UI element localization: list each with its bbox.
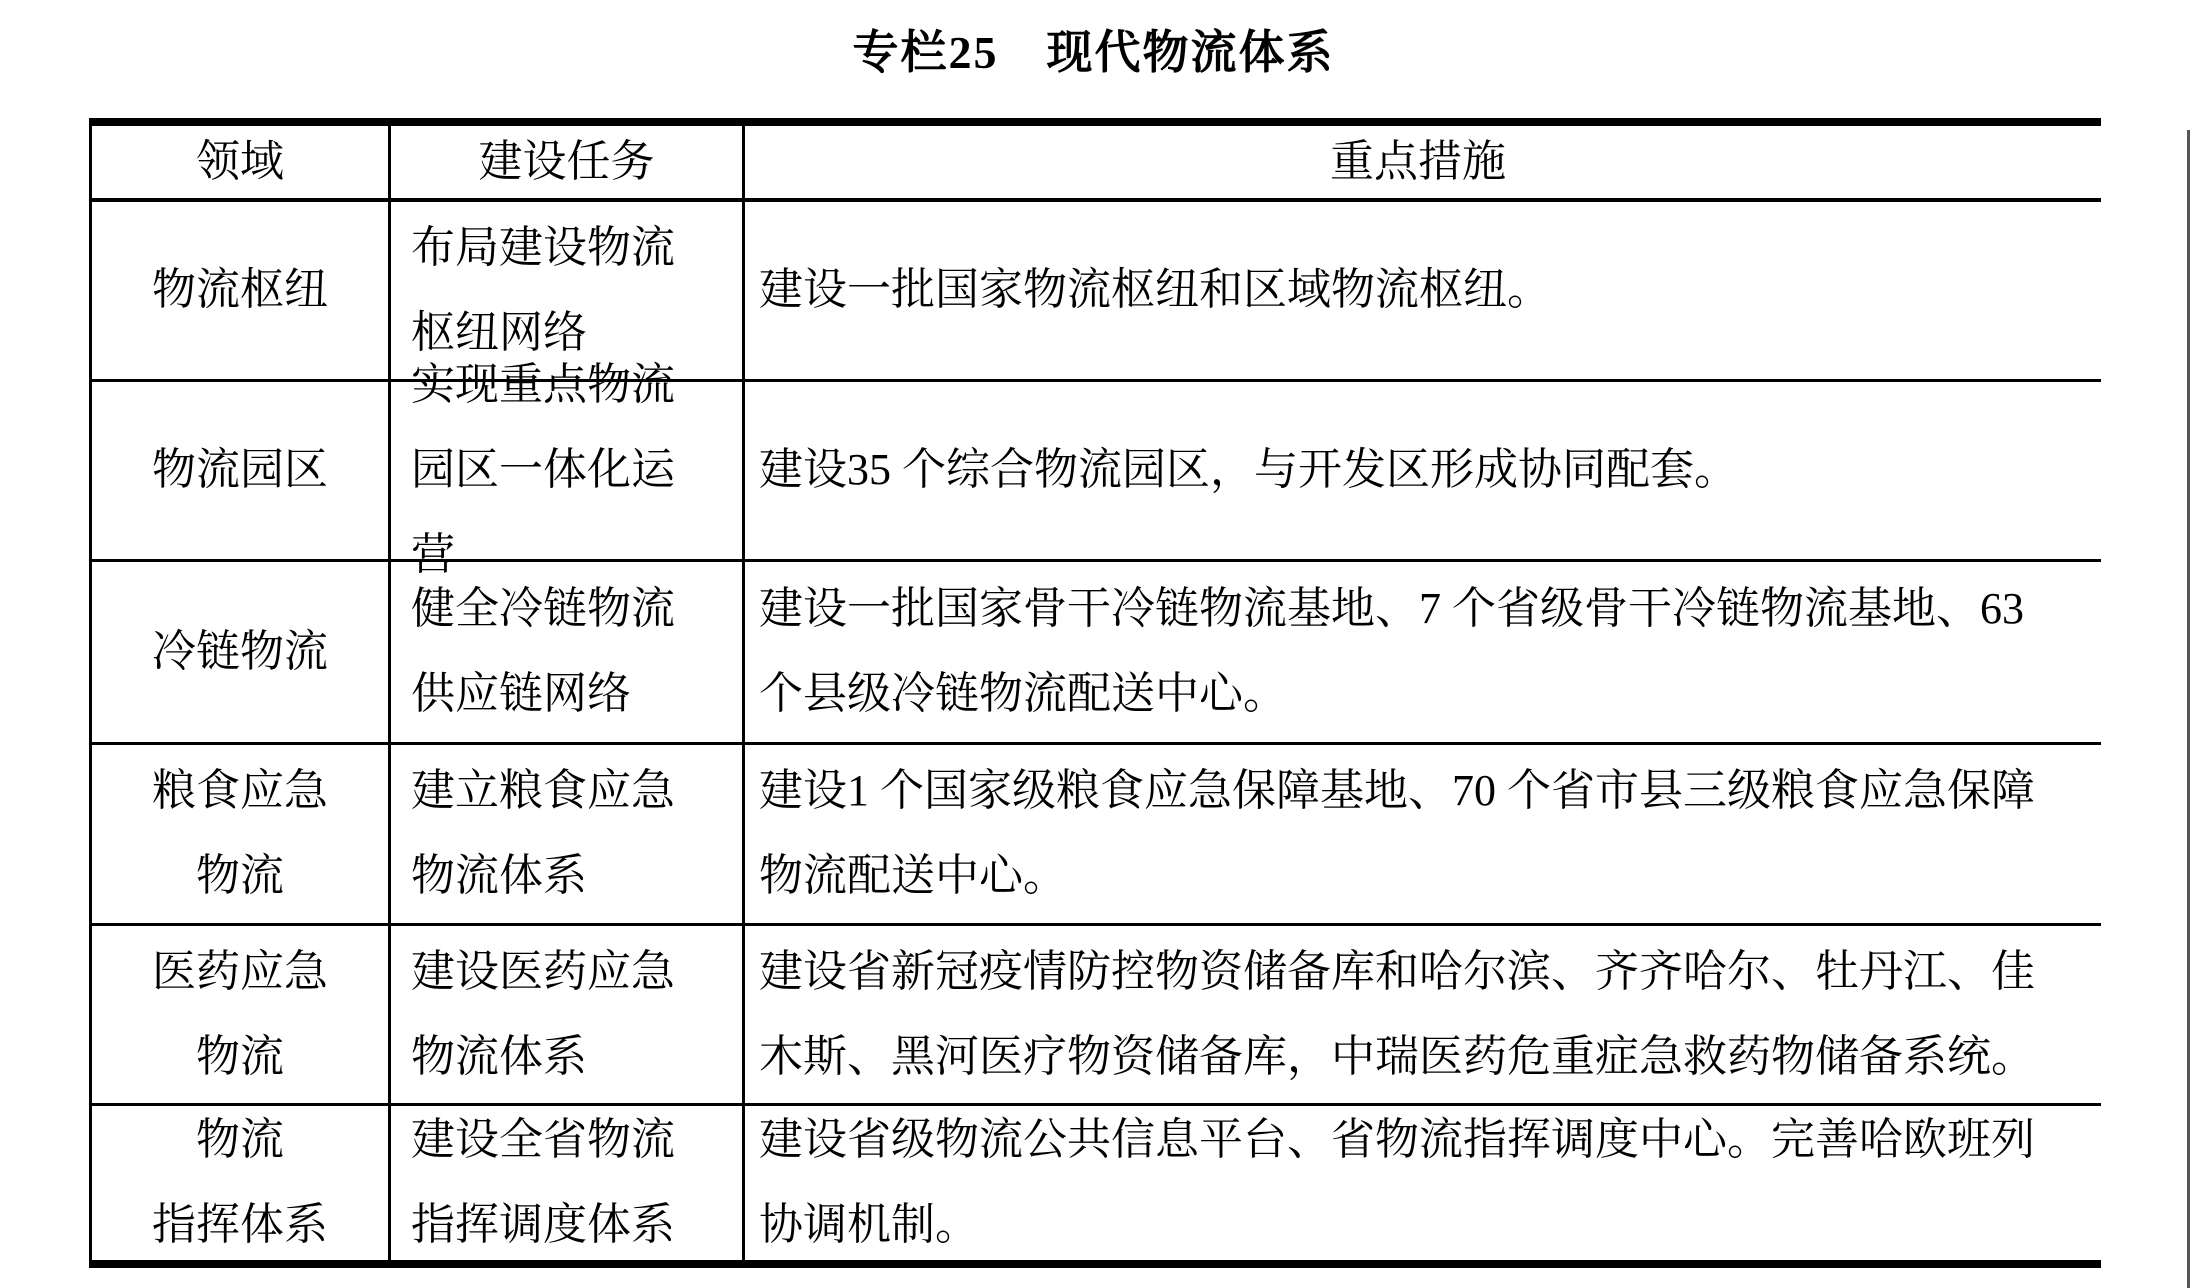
row-measures-cell: 建设35 个综合物流园区，与开发区形成协同配套。	[745, 382, 2101, 562]
row-task-cell: 建立粮食应急物流体系	[391, 745, 745, 926]
row-field-cell: 医药应急 物流	[92, 926, 391, 1106]
page-scan-edge-artifact	[2187, 130, 2190, 1288]
row-task-cell: 实现重点物流园区一体化运营	[391, 382, 745, 562]
header-field: 领域	[92, 126, 391, 202]
row-field-cell: 物流枢纽	[92, 202, 391, 382]
row-task-cell: 建设医药应急物流体系	[391, 926, 745, 1106]
header-measures: 重点措施	[745, 126, 2101, 202]
row-field-cell: 物流 指挥体系	[92, 1106, 391, 1260]
row-field-cell: 粮食应急 物流	[92, 745, 391, 926]
row-task-cell: 建设全省物流指挥调度体系	[391, 1106, 745, 1260]
row-measures-cell: 建设一批国家物流枢纽和区域物流枢纽。	[745, 202, 2101, 382]
row-measures-cell: 建设省新冠疫情防控物资储备库和哈尔滨、齐齐哈尔、牡丹江、佳木斯、黑河医疗物资储备…	[745, 926, 2101, 1106]
row-task-cell: 健全冷链物流供应链网络	[391, 562, 745, 745]
row-field-cell: 冷链物流	[92, 562, 391, 745]
row-measures-cell: 建设1 个国家级粮食应急保障基地、70 个省市县三级粮食应急保障物流配送中心。	[745, 745, 2101, 926]
page-title: 专栏25 现代物流体系	[89, 16, 2098, 82]
row-measures-cell: 建设省级物流公共信息平台、省物流指挥调度中心。完善哈欧班列协调机制。	[745, 1106, 2101, 1260]
header-task: 建设任务	[391, 126, 745, 202]
modern-logistics-table: 领域 建设任务 重点措施 物流枢纽 布局建设物流枢纽网络 建设一批国家物流枢纽和…	[89, 118, 2101, 1268]
row-field-cell: 物流园区	[92, 382, 391, 562]
row-measures-cell: 建设一批国家骨干冷链物流基地、7 个省级骨干冷链物流基地、63 个县级冷链物流配…	[745, 562, 2101, 745]
